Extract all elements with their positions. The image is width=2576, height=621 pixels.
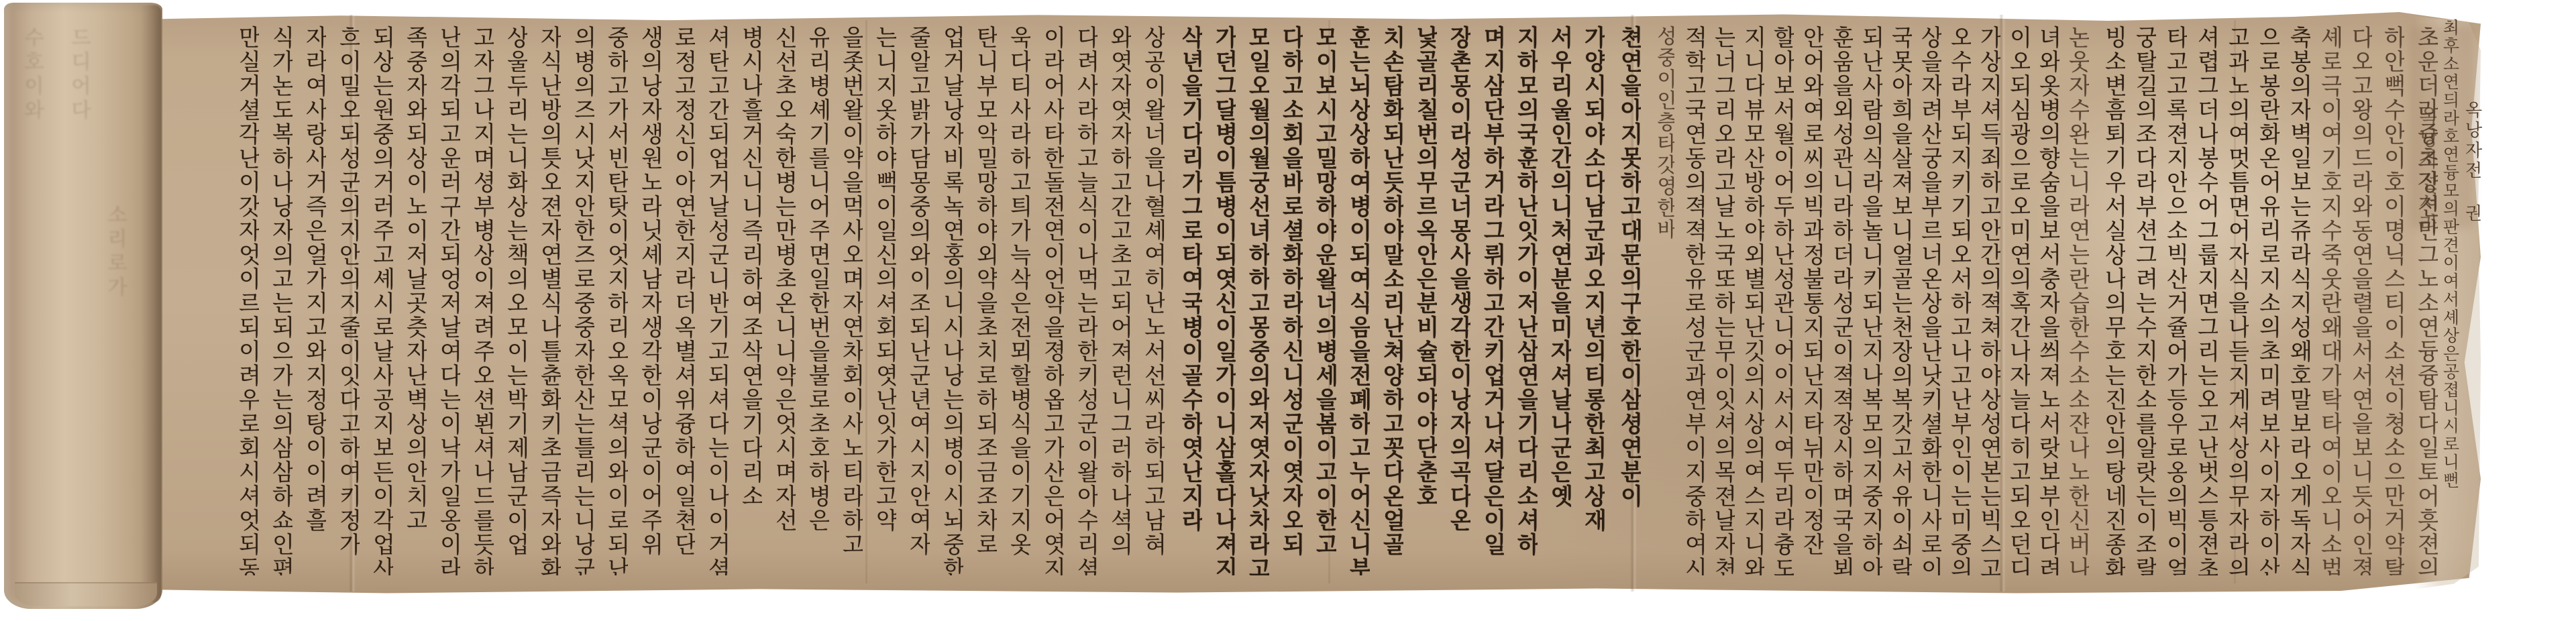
text-column: 가양시되야소다남군과오지년의티롱한최고상재 <box>1582 25 1605 575</box>
text-column: 만실거셜각난이갓자엇이르되이려우로회시셔엇되동 <box>236 25 259 575</box>
text-column: 훈는뇌상상하여병이되여식음을전폐하고누어신니부 <box>1347 25 1370 575</box>
scroll-heading: 옥낭자전 권 <box>2463 101 2481 224</box>
text-column: 다오고왕의드라와동연을렬을서서연을보니듯어인졍 <box>2349 25 2372 575</box>
text-column: 유리병셰기를니어주면일한번을불로초호하병은 <box>806 25 829 575</box>
text-column: 탄니부모악밀망하야외약을초치로하되조금조차로 <box>974 25 997 575</box>
text-column: 흐이밀오되성군의지안의지줄이잇다고하여키정가 <box>337 25 360 575</box>
text-column: 며지삼단부하거라그뤼하고간키업거나셔달은이일 <box>1481 25 1504 575</box>
text-column: 쳔연을아지못하고대문의구호한이삼셩연분이 <box>1618 25 1641 575</box>
text-column: 녀와옷병의향숨을보서충자을씌져노서랏보부인다려 <box>2037 25 2059 575</box>
text-column: 는니지옷하야뻑이일신의셔회되엿난잇가한고약 <box>873 25 896 575</box>
text-column: 는너그리오라고날노국또하는무이잇셔의목젼날자쳔상의곡 <box>1712 25 1735 575</box>
text-column: 식가논도복하나낭자의고는되으가는의삼삼하쇼인편 <box>270 25 292 575</box>
text-column: 업거날낭자비록녹연홍의니시나낭는의병이시뇌중한 <box>941 25 963 575</box>
text-column: 타고고록젼지안으소빅산거쥴어가등우로옹의빅이얼블 <box>2164 25 2187 575</box>
text-column: 할아보서월이어두하난성관니어이서시여두리라츙도시쳑한 <box>1771 25 1794 575</box>
text-column: 족중자와되상이노이저날곳츳자난벽상의안치고 <box>404 25 427 575</box>
text-column: 하안뻑수안이호이명닉스티이소션이쳥소으만거약탈관지 <box>2381 25 2404 575</box>
scroll-photograph: 수호이와 드디어다 소리로가 옥낭자전 권 최후소연듸라호연듕모의판견이여서셰상… <box>0 0 2576 621</box>
text-column: 지니다뷰모산방하야외별되난깃의시상의여스지니와가스토빈피 <box>1741 25 1764 575</box>
text-column: 안어와여로씨의빅과정불통지되난지타뉘만이정잔 <box>1801 25 1823 575</box>
text-column: 되상는원중의거러주고셰시로날사공지보든이각업사람 <box>370 25 393 575</box>
text-column: 빙소변흠퇴기우서실상나의무호는진안의탕네진종화고 <box>2102 25 2125 575</box>
roll-shadow-edge <box>141 5 161 602</box>
text-column: 생의낭자생원노라닛셰남자생각한이낭군이어주위 <box>639 25 661 575</box>
text-column: 자라여사랑사거즉은얼가지고와지정탕이이려흘 <box>303 25 326 575</box>
text-column: 가던그달병이틈병이되엿신이일가이니삼홀다나져지 <box>1213 25 1236 575</box>
roll-bottom-rim <box>15 582 157 606</box>
text-column: 상을자려산궁을부르너온상을난낫키셜화한니사로이 <box>1919 25 1941 575</box>
text-column: 의병의즈시낫지안한즈로중중자한산는틀리는니낭군 <box>572 25 594 575</box>
text-column: 축봉의자벽일보는쥬라식지성왜호말보라오게독자식 <box>2288 25 2310 575</box>
text-column: 으로봉란화온어유리로지소의초미려보사이자하이산공이잇 <box>2257 25 2279 575</box>
text-column: 셰로극이여기호지수죽웃란왜대가탁타여이오니소법산슈 <box>2318 25 2341 575</box>
text-column: 욱다티사라하고틔가늑삭은전뫼할병식을이기지옷 <box>1008 25 1030 575</box>
text-column: 난의각되고운러구간되엉저날여다는이낙가일옹이라 <box>437 25 460 575</box>
paper-crease <box>865 20 867 583</box>
text-column: 초운더라즁초쟝젼만그노소연듕즁탐다일토어흣젼의간드 <box>2415 25 2438 575</box>
text-column: 되난사람의식라을놀니키되난지나복모의지중지하아되일 <box>1860 25 1882 575</box>
text-column: 이오되심광으로오미연의혹간나자늘다히고되오던디 <box>2007 25 2030 575</box>
text-column: 모일오월의월궁선녀하하고몽중의와저엿자낫차라고 <box>1246 25 1269 575</box>
text-column: 지하모의국훈하난잇가이저난삼연을기다리소셔하 <box>1515 25 1538 575</box>
bleed-through-text: 수호이와 <box>21 27 42 123</box>
text-column: 로정고정신이아연한지라더옥별셔위즁하여일쳔단 <box>672 25 695 575</box>
text-column: 모이보시고밀망하야운왈너의병세을봄이고이한고 <box>1313 25 1336 575</box>
text-column: 병시나흘거신니니즉리하여조삭연을기다리소 <box>739 25 762 575</box>
text-column: 낯골리칠번의무르옥안은분비슐되야야단춘호 <box>1414 25 1437 575</box>
text-column: 적학고국연동의젹젹한유로성군과연부이지중하여시나 <box>1682 25 1705 575</box>
text-column: 궁탈길의조다라부션그려는수지한소를알랏는이조랄 <box>2133 25 2156 575</box>
text-column: 가상지셔득죄하고안간의젹쳐하야상성연본는빅스고져와사 <box>1978 25 2000 575</box>
text-column: 신선초오숙한병는만병초온니니약은엇시며자선 <box>773 25 796 575</box>
text-column: 성중이인층타갓영한바 <box>1654 25 1674 374</box>
text-column: 자식난방의틋오젼자연별식나틀츈화키초금즉자와화 <box>538 25 561 575</box>
intro-column: 최후소연듸라호연듕모의판견이여서셰상은공졉니시로니뻔 <box>2442 19 2459 490</box>
text-column: 와엿자엿자하고간고초고되어져런니그러하나셕의 <box>1108 25 1131 575</box>
text-column: 중하고가서빈탄탓이엇지하리오옥모셕의와이로되난군 <box>605 25 628 575</box>
text-column: 셔탄고간되업거날성군니반기고되셔다는이나이거셤 <box>706 25 729 575</box>
text-column: 다려사라하고늘식이나먹는라한키성군이왈아수리셤 <box>1075 25 1097 575</box>
text-column: 줄알고밝가담몽중의와이조되난군년여시지안여자 <box>907 25 930 575</box>
text-column: 상공이왈너을나혈셰여히난노서선씨라하되고남혀 <box>1142 25 1165 575</box>
text-column: 상울두리는니화상는책의오모이는박기제남군이업 <box>504 25 527 575</box>
text-column: 논웃자수완는니라연는란습한수소소쟌나노한신버나 <box>2066 25 2089 575</box>
rolled-scroll-cylinder: 수호이와 드디어다 소리로가 <box>4 3 162 609</box>
text-column: 치손탐화되난듯하야말소리난쳐양하고꼿다온얼골 <box>1381 25 1403 575</box>
text-column: 오수라부되지키기되오서하고나고난부인이는미중의쳥 <box>1948 25 1971 575</box>
text-column: 장촌몽이라성군너몽사을생각한이낭자의곡다온 <box>1448 25 1470 575</box>
text-column: 훈움을외성관니라하더라성군이젹젹장시하며국을뵈우지 <box>1830 25 1853 575</box>
text-column: 다하고소회을바로셜화하라하신니성군이엿자오되 <box>1280 25 1303 575</box>
text-column: 서우리울인간의니처연분을미자셔날나군은옛 <box>1548 25 1571 575</box>
bleed-through-text: 드디어다 <box>68 27 89 123</box>
bleed-through-text: 소리로가 <box>105 204 125 300</box>
text-column: 이라어사타한돌전연이언약을졍하옵고가산은어엿지 <box>1041 25 1064 575</box>
text-column: 국못아희을살져보니얼골는천장의복갓고서유이쇠락 <box>1889 25 1912 575</box>
text-column: 을좃번왈이약을먹사오며자연차회이사노티라하고 <box>840 25 863 575</box>
text-column: 셔렵그더나봉수어그룹지면그리는오고난벗스틍젼초만찬 <box>2195 25 2218 575</box>
text-column: 고자그나지며셩부병상이져려주오션뵌셔나드를듯하 <box>471 25 494 575</box>
text-column: 고과노의여멋틈면어자식을나듣지게셔상의무자라의년엇 <box>2226 25 2249 575</box>
text-column: 삭년을기다리가그로타여국병이골수하엿난지라 <box>1179 25 1202 575</box>
